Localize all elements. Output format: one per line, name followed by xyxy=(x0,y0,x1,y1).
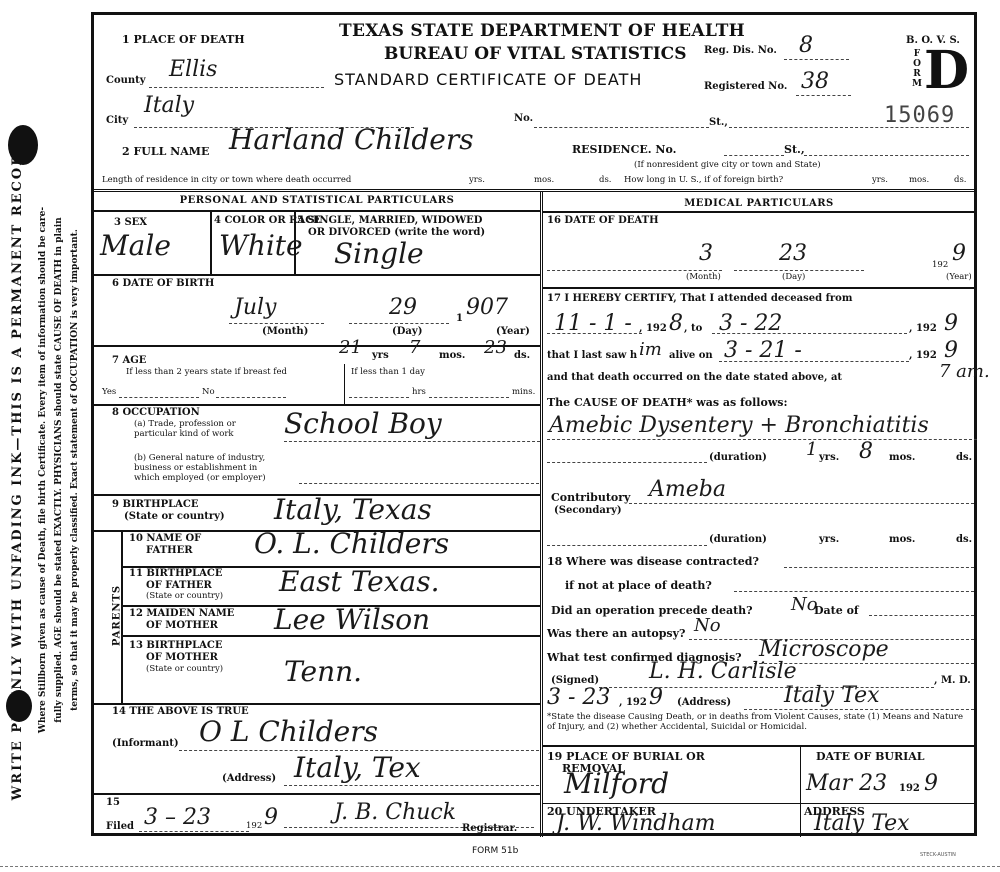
dob-label: 6 DATE OF BIRTH xyxy=(112,278,214,289)
form-letter: D xyxy=(924,45,969,97)
residence-label: RESIDENCE. No. xyxy=(572,143,676,156)
autopsy-value: No xyxy=(694,615,721,636)
mother-birthplace-value: Tenn. xyxy=(284,655,362,688)
no-label: No. xyxy=(514,113,533,124)
nonresident-note: (If nonresident give city or town and St… xyxy=(634,160,821,170)
contributory-label: Contributory xyxy=(551,491,630,504)
filed-date: 3 – 23 xyxy=(144,805,211,830)
cause-value: Amebic Dysentery + Bronchiatitis xyxy=(549,413,929,438)
mother-name-value: Lee Wilson xyxy=(274,603,430,636)
informant-label: (Informant) xyxy=(112,738,179,749)
dod-year: 9 xyxy=(952,241,966,266)
parents-side-label: PARENTS xyxy=(112,581,123,651)
signed-year: 9 xyxy=(649,685,663,710)
occurred-time: 7 am. xyxy=(939,361,990,382)
operation-label: Did an operation precede death? xyxy=(551,604,753,617)
dob-year: 907 xyxy=(466,295,508,320)
city-value: Italy xyxy=(144,93,194,118)
birthplace-value: Italy, Texas xyxy=(274,493,432,526)
last-saw-label: that I last saw h xyxy=(547,350,637,361)
full-name-label: 2 FULL NAME xyxy=(122,145,209,158)
city-label: City xyxy=(106,115,128,126)
duration-years: 1 xyxy=(806,439,817,460)
title-certificate: STANDARD CERTIFICATE OF DEATH xyxy=(334,70,642,89)
attended-to-year: 9 xyxy=(944,311,958,336)
death-certificate: 1 PLACE OF DEATH TEXAS STATE DEPARTMENT … xyxy=(91,12,977,836)
occurred-text: and that death occurred on the date stat… xyxy=(547,372,842,383)
filed-label: Filed xyxy=(106,821,134,832)
county-value: Ellis xyxy=(169,57,217,82)
title-department: TEXAS STATE DEPARTMENT OF HEALTH xyxy=(339,21,745,41)
printer-mark: STECK-AUSTIN xyxy=(920,852,956,858)
ink-blot-bottom xyxy=(6,690,32,722)
cause-label: The CAUSE OF DEATH* was as follows: xyxy=(547,396,788,409)
color-value: White xyxy=(219,229,303,262)
cause-footnote: *State the disease Causing Death, or in … xyxy=(547,712,972,732)
attended-from-year: 8 xyxy=(669,311,683,336)
attended-to-date: 3 - 22 xyxy=(719,311,782,336)
medical-section-title: MEDICAL PARTICULARS xyxy=(544,198,974,209)
registered-value: 38 xyxy=(801,69,829,94)
dob-month: July xyxy=(234,295,276,320)
dod-label: 16 DATE OF DEATH xyxy=(547,215,659,226)
physician-address: Italy Tex xyxy=(784,683,880,708)
age-years: 21 xyxy=(339,337,362,358)
dob-day: 29 xyxy=(389,295,417,320)
birthplace-label: 9 BIRTHPLACE xyxy=(112,499,198,510)
undertaker-value: J. W. Windham xyxy=(556,811,716,836)
marital-value: Single xyxy=(334,237,424,270)
physician-signature: L. H. Carlisle xyxy=(649,659,797,684)
autopsy-label: Was there an autopsy? xyxy=(547,627,685,640)
less-than-day-label: If less than 1 day xyxy=(351,367,425,377)
place-of-death-label: 1 PLACE OF DEATH xyxy=(122,33,245,46)
street-label: St., xyxy=(709,117,728,128)
informant-address-label: (Address) xyxy=(222,773,276,784)
informant-address-value: Italy, Tex xyxy=(294,751,421,784)
last-saw-date: 3 - 21 - xyxy=(724,338,802,363)
title-bureau: BUREAU OF VITAL STATISTICS xyxy=(384,44,686,64)
attended-from-date: 11 - 1 - xyxy=(554,311,632,336)
duration-months: 8 xyxy=(859,439,873,464)
certify-text: 17 I HEREBY CERTIFY, That I attended dec… xyxy=(547,293,852,304)
last-saw-year: 9 xyxy=(944,338,958,363)
foreign-birth-label: How long in U. S., if of foreign birth? xyxy=(624,175,783,185)
breast-fed-label: If less than 2 years state if breast fed xyxy=(126,367,287,377)
sex-value: Male xyxy=(100,229,171,262)
county-label: County xyxy=(106,75,146,86)
registrar-label: Registrar. xyxy=(462,823,517,834)
filed-year: 9 xyxy=(264,805,278,830)
residence-street-label: St., xyxy=(784,143,805,156)
father-birthplace-value: East Texas. xyxy=(279,565,439,598)
not-place-label: if not at place of death? xyxy=(565,579,712,592)
contributory-value: Ameba xyxy=(649,477,726,502)
form-number: FORM 51b xyxy=(472,846,518,856)
length-residence-label: Length of residence in city or town wher… xyxy=(102,175,351,185)
personal-section-title: PERSONAL AND STATISTICAL PARTICULARS xyxy=(94,195,540,206)
margin-instructions: WRITE PLAINLY WITH UNFADING INK—THIS IS … xyxy=(2,110,94,830)
age-days: 23 xyxy=(484,337,507,358)
informant-value: O L Childers xyxy=(199,715,378,748)
filing-label: 15 xyxy=(106,797,120,808)
reg-dis-value: 8 xyxy=(799,33,813,58)
burial-date-value: Mar 23 xyxy=(806,771,887,796)
bottom-edge-line xyxy=(0,866,1000,867)
burial-place-value: Milford xyxy=(564,767,669,800)
form-vertical-label: FORM xyxy=(912,49,922,89)
registrar-signature: J. B. Chuck xyxy=(334,800,456,825)
occupation-value: School Boy xyxy=(284,407,442,440)
dod-day: 23 xyxy=(779,241,807,266)
reg-dis-label: Reg. Dis. No. xyxy=(704,45,777,56)
marital-label-1: 5 SINGLE, MARRIED, WIDOWED xyxy=(297,215,482,226)
ink-blot-top xyxy=(8,125,38,165)
age-months: 7 xyxy=(409,337,420,358)
occupation-label: 8 OCCUPATION xyxy=(112,407,200,418)
burial-date-label: DATE OF BURIAL xyxy=(816,750,925,763)
registered-label: Registered No. xyxy=(704,81,787,92)
signed-date: 3 - 23 xyxy=(547,685,610,710)
dod-month: 3 xyxy=(699,241,713,266)
sex-label: 3 SEX xyxy=(114,217,147,228)
contracted-label: 18 Where was disease contracted? xyxy=(547,555,759,568)
age-label: 7 AGE xyxy=(112,355,146,366)
undertaker-address-value: Italy Tex xyxy=(814,811,910,836)
burial-year: 9 xyxy=(924,771,938,796)
certificate-number-stamp: 15069 xyxy=(884,103,955,128)
full-name-value: Harland Childers xyxy=(229,123,474,156)
father-name-value: O. L. Childers xyxy=(254,527,449,560)
last-saw-pronoun: im xyxy=(639,339,662,360)
